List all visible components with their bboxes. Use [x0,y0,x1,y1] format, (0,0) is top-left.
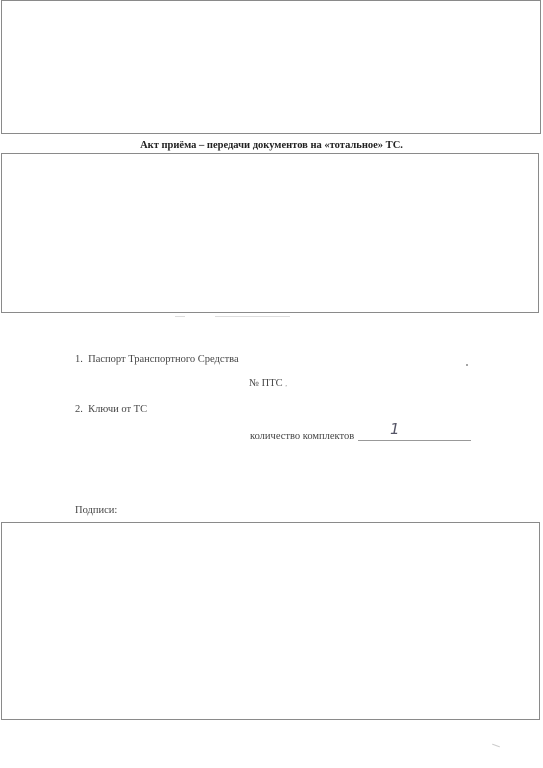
item-1-label: Паспорт Транспортного Средства [88,354,239,365]
item-1: 1. Паспорт Транспортного Средства [75,354,239,365]
mark [466,364,468,366]
keys-count-label: количество комплектов [250,431,354,442]
item-2-label: Ключи от ТС [88,404,147,415]
document-title: Акт приёма – передачи документов на «тот… [0,140,543,151]
redacted-signatures-block [1,522,540,720]
residual-text-fragment [175,316,185,317]
pts-row: № ПТС , [249,378,287,389]
redacted-header-block [1,0,541,134]
residual-text-fragment [215,316,290,317]
keys-count-value: 1 [390,420,400,438]
keys-count-field-line [358,440,471,441]
item-1-number: 1. [75,354,83,365]
redacted-parties-block [1,153,539,313]
pts-label: № ПТС [249,378,283,389]
item-2-number: 2. [75,404,83,415]
signatures-label: Подписи: [75,505,117,516]
item-2: 2. Ключи от ТС [75,404,147,415]
scan-artifact [492,744,500,748]
